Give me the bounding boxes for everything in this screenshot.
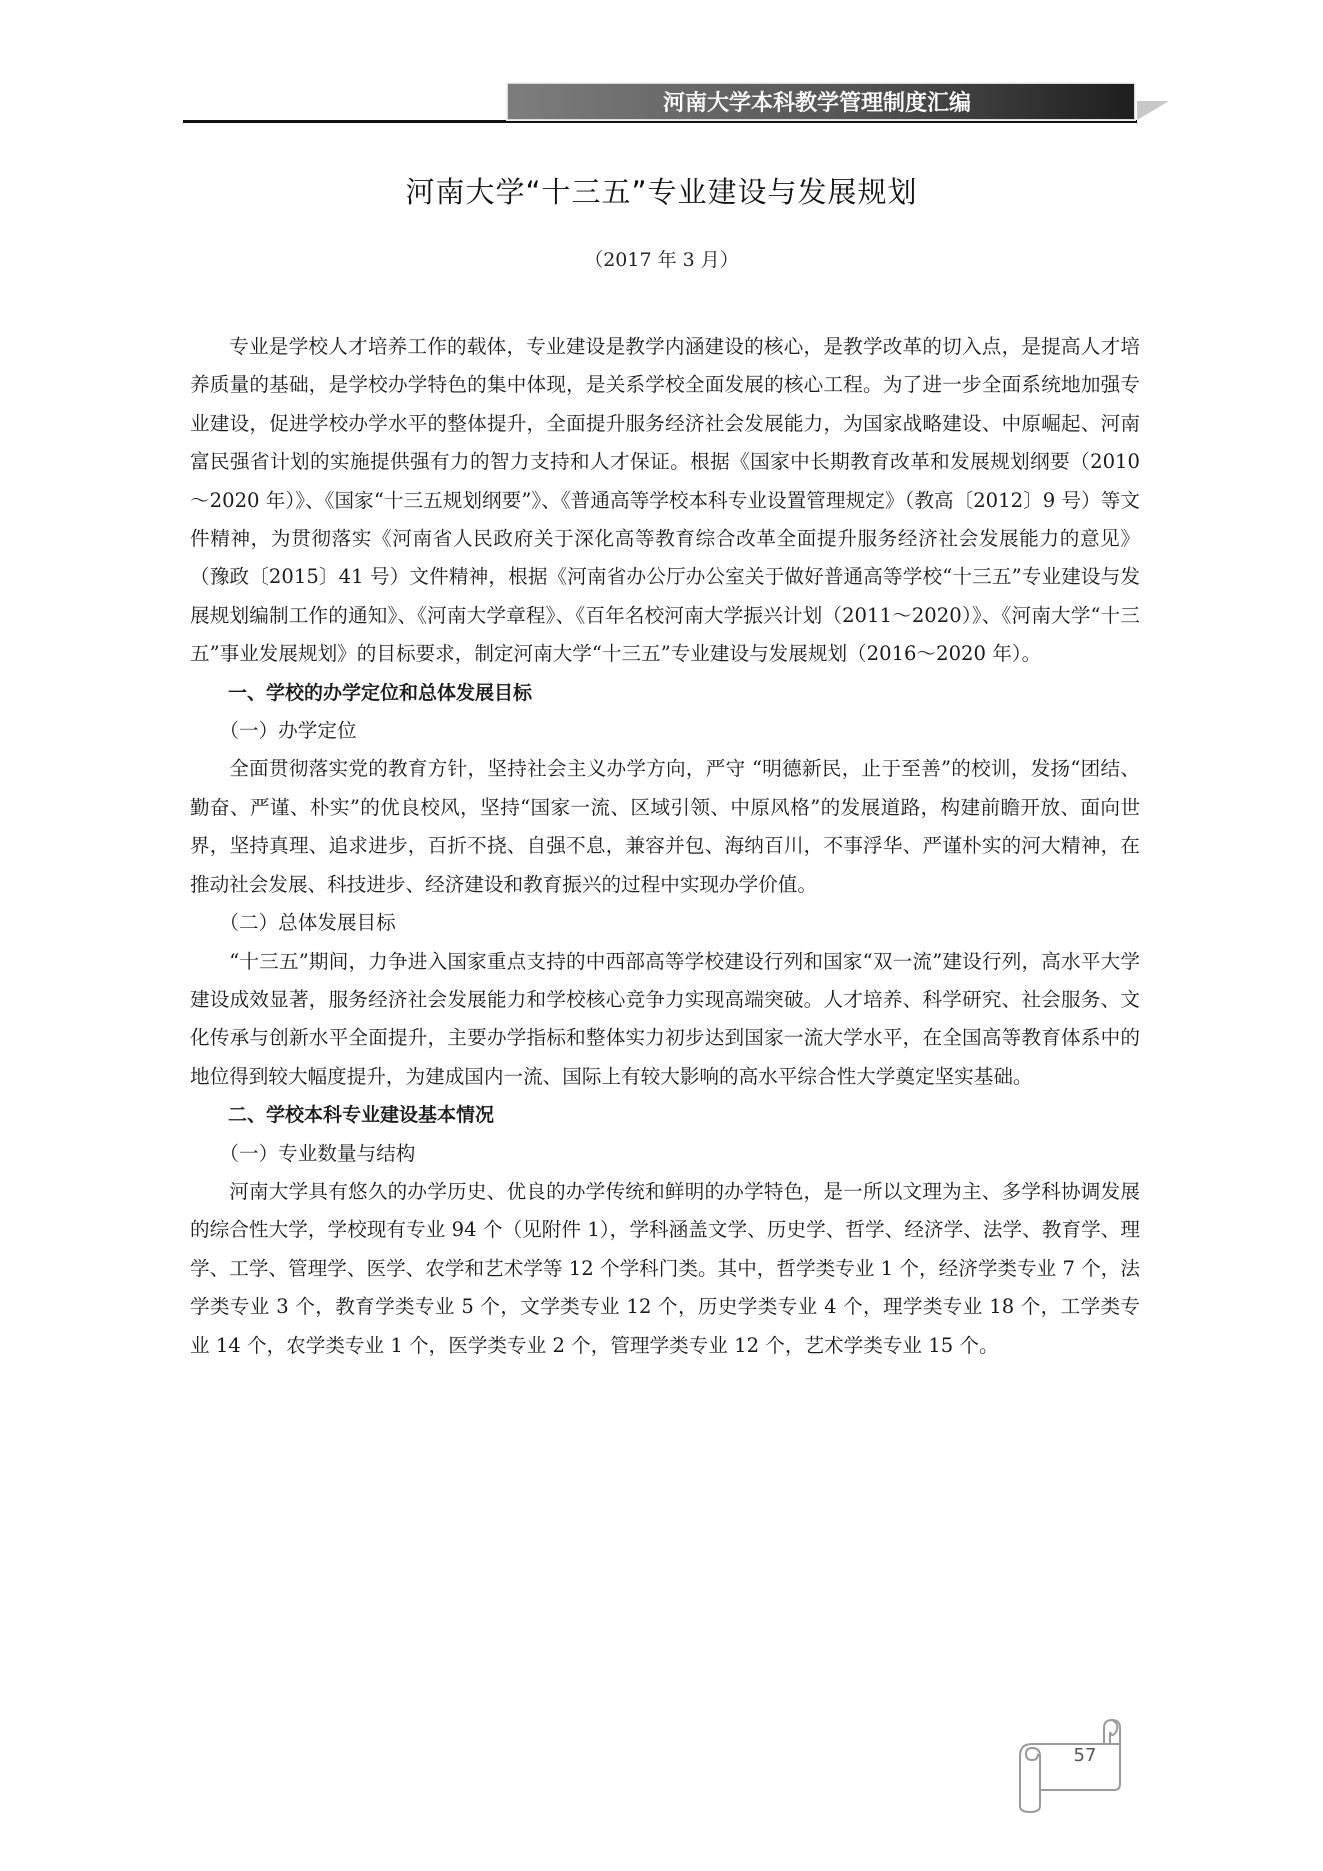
header-banner-shadow (1137, 101, 1169, 120)
header-banner-title: 河南大学本科教学管理制度汇编 (663, 86, 971, 117)
subsection-heading-1-1: （一）办学定位 (190, 712, 1140, 750)
section-heading-2: 二、学校本科专业建设基本情况 (190, 1096, 1140, 1134)
subsection-heading-2-1: （一）专业数量与结构 (190, 1135, 1140, 1173)
paragraph-2-1: 河南大学具有悠久的办学历史、优良的办学传统和鲜明的办学特色，是一所以文理为主、多… (190, 1173, 1140, 1365)
document-title: 河南大学“十三五”专业建设与发展规划 (0, 170, 1323, 211)
header-banner: 河南大学本科教学管理制度汇编 (507, 83, 1135, 120)
subsection-heading-1-2: （二）总体发展目标 (190, 904, 1140, 942)
section-heading-1: 一、学校的办学定位和总体发展目标 (190, 674, 1140, 712)
paragraph-1-2: “十三五”期间，力争进入国家重点支持的中西部高等学校建设行列和国家“双一流”建设… (190, 943, 1140, 1097)
document-date: （2017 年 3 月） (0, 245, 1323, 272)
intro-paragraph: 专业是学校人才培养工作的载体，专业建设是教学内涵建设的核心，是教学改革的切入点，… (190, 328, 1140, 674)
header-rule (183, 120, 1137, 123)
paragraph-1-1: 全面贯彻落实党的教育方针，坚持社会主义办学方向，严守 “明德新民，止于至善”的校… (190, 750, 1140, 904)
page-number: 57 (1055, 1745, 1115, 1766)
document-body: 专业是学校人才培养工作的载体，专业建设是教学内涵建设的核心，是教学改革的切入点，… (190, 328, 1140, 1365)
